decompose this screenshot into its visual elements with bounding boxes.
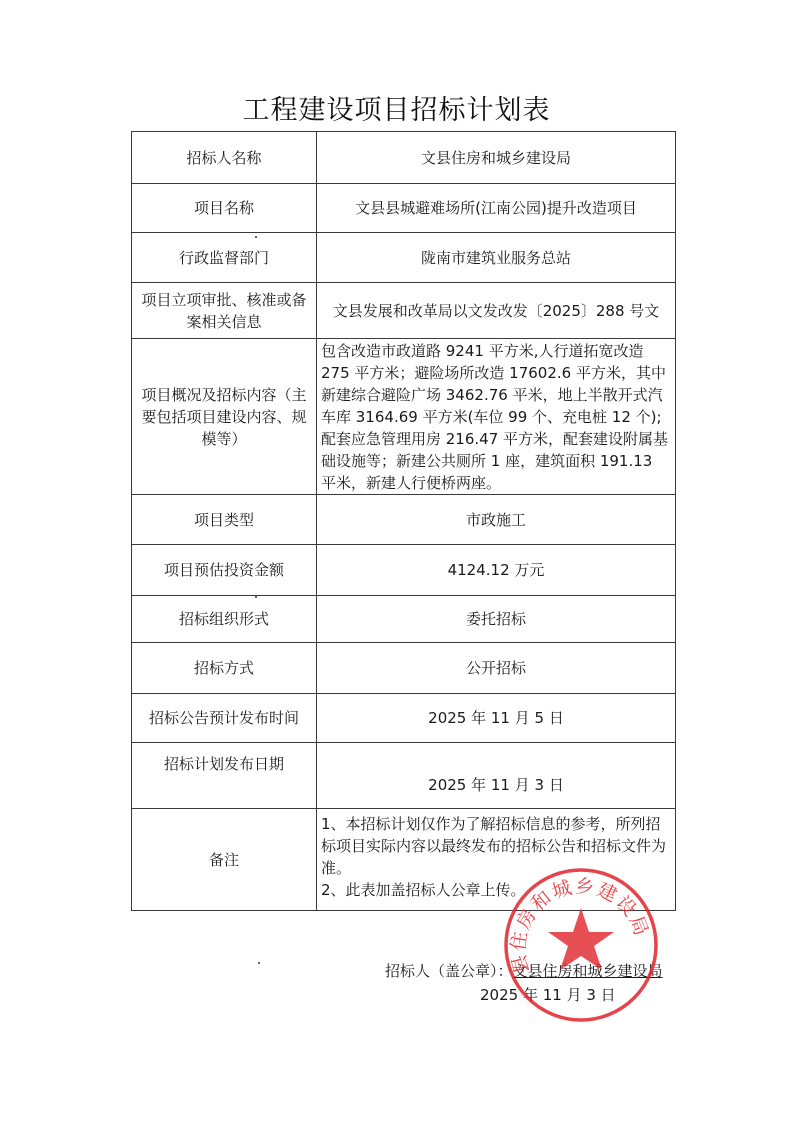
table-row: 招标组织形式 委托招标 xyxy=(132,596,676,643)
row-value: 文县住房和城乡建设局 xyxy=(317,132,676,184)
row-label: 招标计划发布日期 xyxy=(132,743,317,809)
table-row: 招标方式 公开招标 xyxy=(132,643,676,694)
row-value: 2025 年 11 月 3 日 xyxy=(317,743,676,809)
row-value: 市政施工 xyxy=(317,495,676,545)
row-label: 项目名称 xyxy=(132,184,317,233)
table-row: 行政监督部门 陇南市建筑业服务总站 xyxy=(132,233,676,283)
table-row: 项目类型 市政施工 xyxy=(132,495,676,545)
row-value: 委托招标 xyxy=(317,596,676,643)
table-row: 项目概况及招标内容（主要包括项目建设内容、规模等） 包含改造市政道路 9241 … xyxy=(132,339,676,495)
remark-1: 1、本招标计划仅作为了解招标信息的参考，所列招标项目实际内容以最终发布的招标公告… xyxy=(321,813,671,879)
row-value: 公开招标 xyxy=(317,643,676,694)
row-value: 陇南市建筑业服务总站 xyxy=(317,233,676,283)
row-label: 项目类型 xyxy=(132,495,317,545)
remark-2: 2、此表加盖招标人公章上传。 xyxy=(321,879,671,901)
signer-org: 文县住房和城乡建设局 xyxy=(513,962,663,980)
scan-speck xyxy=(258,962,260,964)
row-value: 文县发展和改革局以文发改发〔2025〕288 号文 xyxy=(317,283,676,339)
row-value: 2025 年 11 月 5 日 xyxy=(317,694,676,743)
table-row: 招标计划发布日期 2025 年 11 月 3 日 xyxy=(132,743,676,809)
row-value: 文县县城避难场所(江南公园)提升改造项目 xyxy=(317,184,676,233)
row-label: 项目概况及招标内容（主要包括项目建设内容、规模等） xyxy=(132,339,317,495)
table-row: 项目名称 文县县城避难场所(江南公园)提升改造项目 xyxy=(132,184,676,233)
scan-speck xyxy=(255,236,257,238)
tender-plan-table: 招标人名称 文县住房和城乡建设局 项目名称 文县县城避难场所(江南公园)提升改造… xyxy=(131,131,676,911)
signer-label: 招标人（盖公章）： xyxy=(385,962,513,980)
scan-speck xyxy=(255,596,257,598)
document-title: 工程建设项目招标计划表 xyxy=(0,88,793,127)
row-label: 备注 xyxy=(132,809,317,911)
table-row: 项目立项审批、核准或备案相关信息 文县发展和改革局以文发改发〔2025〕288 … xyxy=(132,283,676,339)
table-row: 项目预估投资金额 4124.12 万元 xyxy=(132,545,676,596)
row-value: 4124.12 万元 xyxy=(317,545,676,596)
row-label: 招标公告预计发布时间 xyxy=(132,694,317,743)
row-label: 行政监督部门 xyxy=(132,233,317,283)
table-row: 招标公告预计发布时间 2025 年 11 月 5 日 xyxy=(132,694,676,743)
table-row: 备注 1、本招标计划仅作为了解招标信息的参考，所列招标项目实际内容以最终发布的招… xyxy=(132,809,676,911)
signature-date: 2025 年 11 月 3 日 xyxy=(480,984,616,1005)
row-label: 项目立项审批、核准或备案相关信息 xyxy=(132,283,317,339)
remarks-cell: 1、本招标计划仅作为了解招标信息的参考，所列招标项目实际内容以最终发布的招标公告… xyxy=(317,809,676,911)
row-label: 项目预估投资金额 xyxy=(132,545,317,596)
row-label: 招标人名称 xyxy=(132,132,317,184)
row-label: 招标方式 xyxy=(132,643,317,694)
signer-line: 招标人（盖公章）：文县住房和城乡建设局 xyxy=(385,960,663,981)
row-label: 招标组织形式 xyxy=(132,596,317,643)
row-value: 包含改造市政道路 9241 平方米,人行道拓宽改造 275 平方米；避险场所改造… xyxy=(317,339,676,495)
table-row: 招标人名称 文县住房和城乡建设局 xyxy=(132,132,676,184)
